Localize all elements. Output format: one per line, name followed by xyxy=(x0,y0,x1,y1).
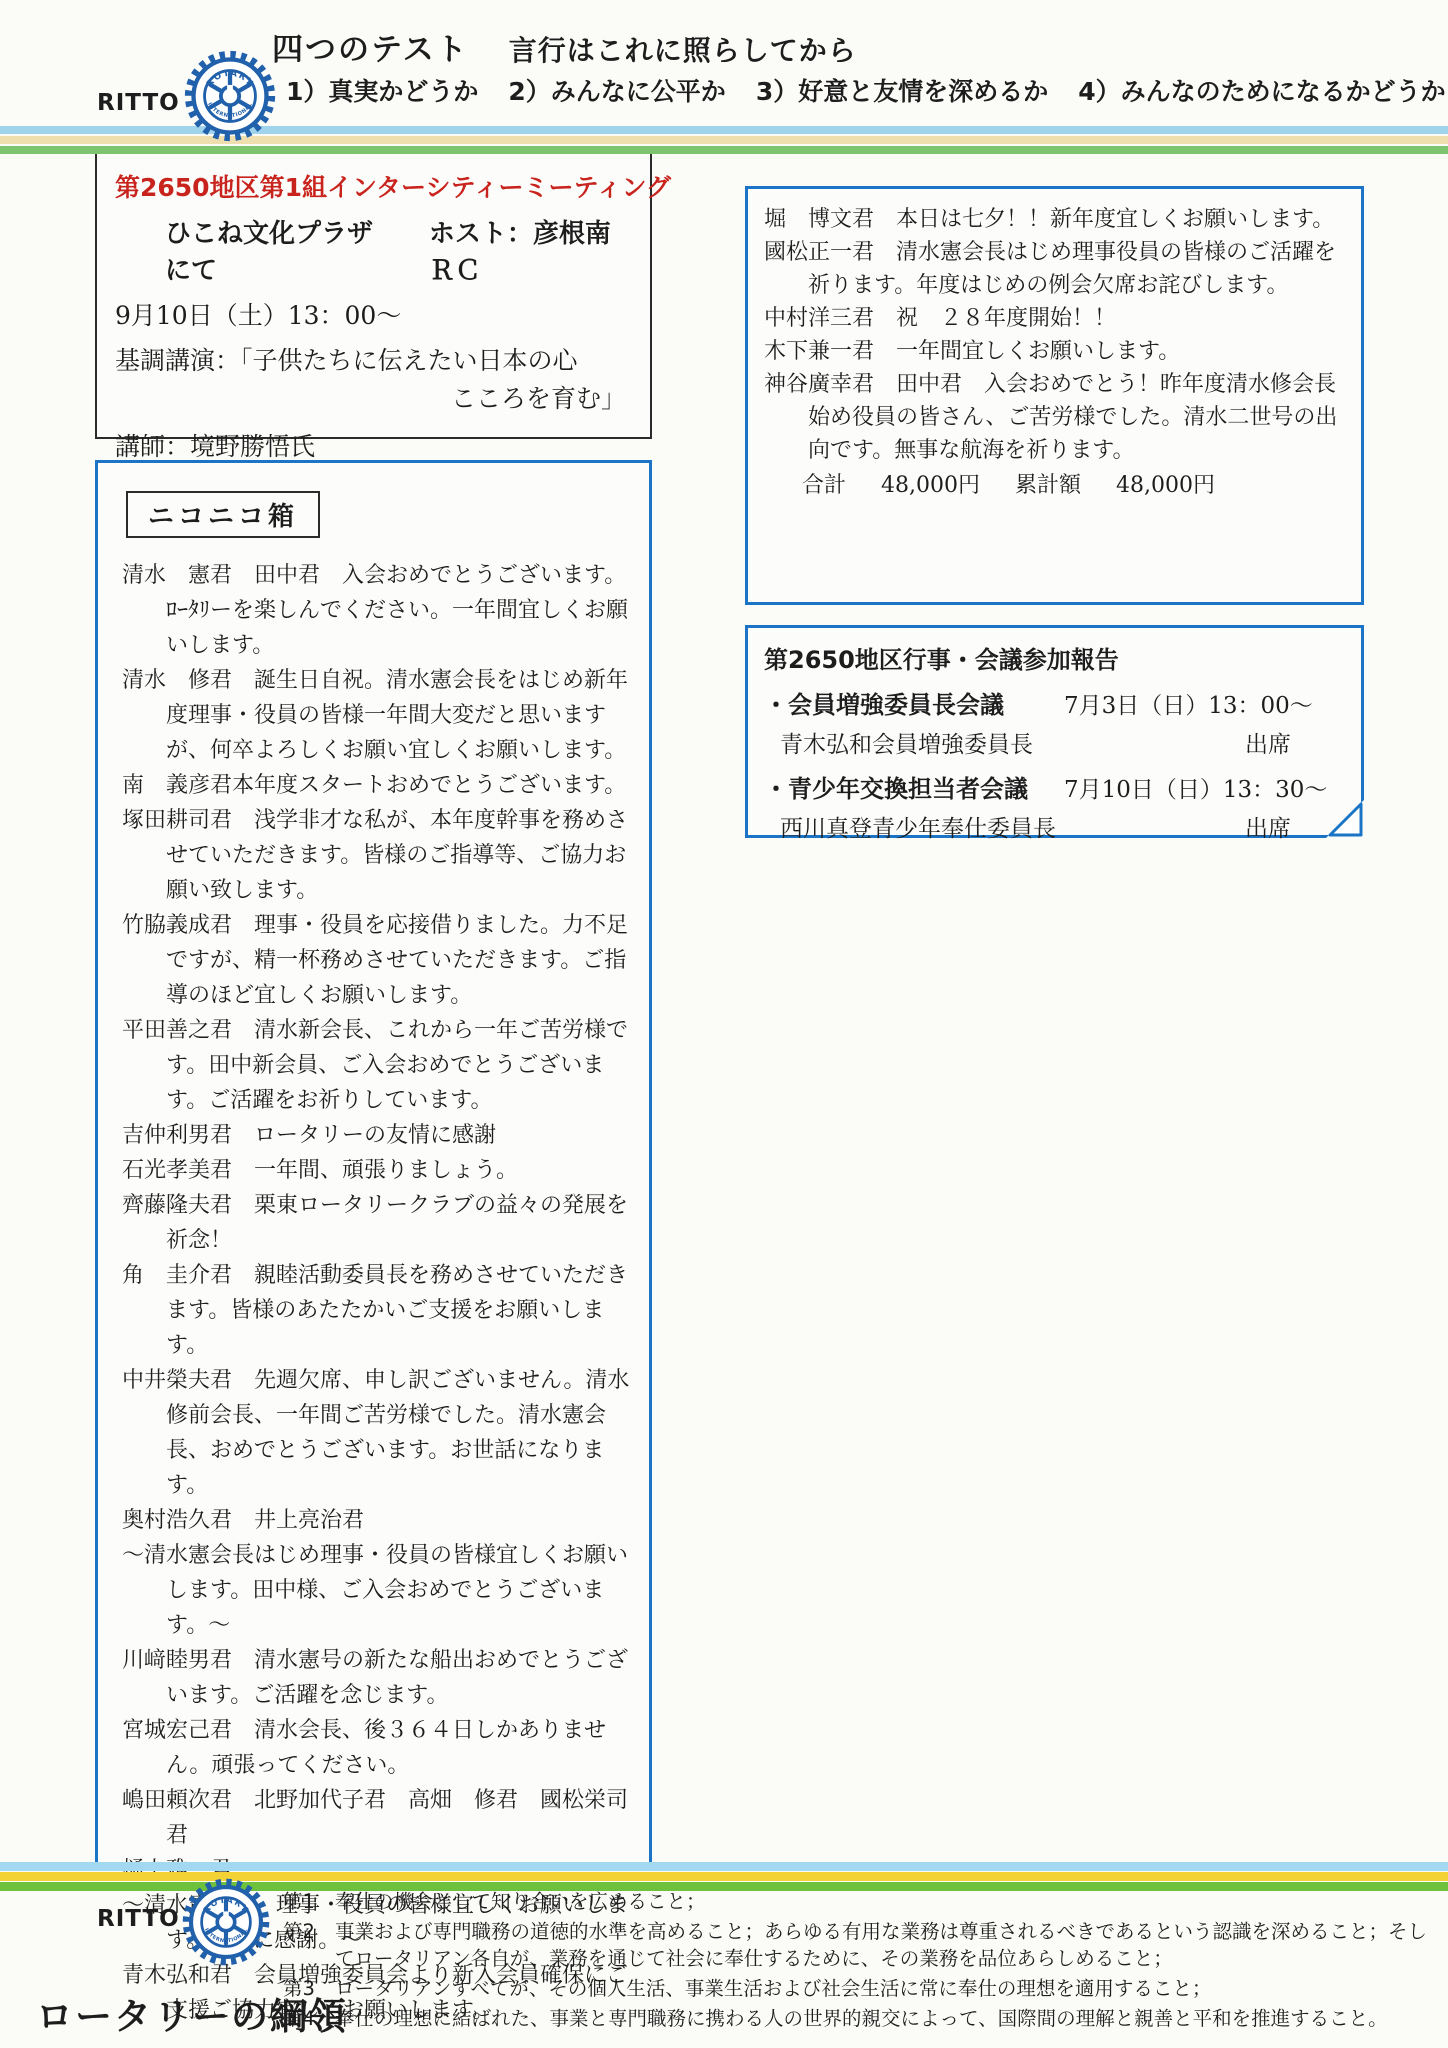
meeting-venue: ひこね文化プラザにて xyxy=(165,213,393,287)
meeting-title: 第2650地区第1組インターシティーミーティング xyxy=(115,168,634,204)
district-attendee: 西川真登青少年奉仕委員長 xyxy=(780,810,1056,843)
meeting-host: ホスト：彦根南ＲＣ xyxy=(429,213,634,287)
district-meeting-datetime: 7月10日（日）13：30～ xyxy=(1064,771,1327,804)
nikoniko-label: ニコニコ箱 xyxy=(126,491,320,538)
stripe-green xyxy=(0,146,1448,154)
rotary-wheel-logo-footer xyxy=(180,1876,272,1968)
district-meeting-datetime: 7月3日（日）13：00～ xyxy=(1064,687,1313,720)
nikoniko-entry: 塚田耕司君 浅学非才な私が、本年度幹事を務めさせていただきます。皆様のご指導等、… xyxy=(122,803,637,908)
meeting-lecture-line1: 基調講演：「子供たちに伝えたい日本の心 xyxy=(115,341,634,377)
object-item: 第1 奉仕の機会として知り合いを広めること； xyxy=(283,1888,1438,1915)
object-item-number: 第3 xyxy=(283,1975,335,2002)
four-way-test-subtitle: 言行はこれに照らしてから xyxy=(509,29,857,69)
nikoniko-entry: 平田善之君 清水新会長、これから一年ご苦労様です。田中新会員、ご入会おめでとうご… xyxy=(122,1013,637,1118)
object-item-number: 第2 xyxy=(283,1918,335,1972)
object-item: 第2 事業および専門職務の道徳的水準を高めること；あらゆる有用な業務は尊重される… xyxy=(283,1918,1438,1972)
meeting-venue-host-row: ひこね文化プラザにて ホスト：彦根南ＲＣ xyxy=(115,213,634,287)
test-item-1: 1）真実かどうか xyxy=(286,72,478,108)
donation-total-value: 48,000円 xyxy=(881,473,980,498)
object-item-text: ロータリアンすべてが、その個人生活、事業生活および社会生活に常に奉仕の理想を適用… xyxy=(335,1975,1438,2002)
rotary-wheel-logo xyxy=(182,48,278,144)
district-report-box: 第2650地区行事・会議参加報告 ・会員増強委員長会議 7月3日（日）13：00… xyxy=(745,625,1364,838)
club-brand-text-footer: RITTO xyxy=(97,1906,180,1932)
donation-entry: 神谷廣幸君 田中君 入会おめでとう！昨年度清水修会長始め役員の皆さん、ご苦労様で… xyxy=(764,368,1349,467)
nikoniko-entry: 竹脇義成君 理事・役員を応接借りました。力不足ですが、精一杯務めさせていただきま… xyxy=(122,908,637,1013)
four-way-test-items: 1）真実かどうか 2）みんなに公平か 3）好意と友情を深めるか 4）みんなのため… xyxy=(286,72,1446,108)
district-report-title: 第2650地区行事・会議参加報告 xyxy=(764,640,1345,675)
donation-entry: 堀 博文君 本日は七夕！！新年度宜しくお願いします。 xyxy=(764,203,1349,236)
donation-total-label: 合計 xyxy=(802,473,846,498)
club-brand-text: RITTO xyxy=(97,90,180,116)
donation-cumulative-value: 48,000円 xyxy=(1116,473,1215,498)
donation-entry: 木下兼一君 一年間宜しくお願いします。 xyxy=(764,335,1349,368)
district-attendance-status: 出席 xyxy=(1245,810,1291,843)
donation-entry: 國松正一君 清水憲会長はじめ理事役員の皆様のご活躍を祈ります。年度はじめの例会欠… xyxy=(764,236,1349,302)
district-meeting-name: ・会員増強委員長会議 xyxy=(764,685,1064,720)
intercity-meeting-box: 第2650地区第1組インターシティーミーティング ひこね文化プラザにて ホスト：… xyxy=(95,152,652,439)
test-item-2: 2）みんなに公平か xyxy=(508,72,725,108)
nikoniko-entry: 清水 憲君 田中君 入会おめでとうございます。ﾛｰﾀﾘーを楽しんでください。一年… xyxy=(122,558,637,663)
meeting-datetime: 9月10日（土）13：00～ xyxy=(115,296,634,332)
donation-total-row: 合計 48,000円 累計額 48,000円 xyxy=(764,469,1349,502)
object-item: 第4 奉仕の理想に結ばれた、事業と専門職務に携わる人の世界的親交によって、国際間… xyxy=(283,2005,1438,2032)
page-curl-icon xyxy=(1326,800,1364,838)
nikoniko-entry: 吉仲利男君 ロータリーの友情に感謝 xyxy=(122,1118,637,1153)
district-attendee-row: 西川真登青少年奉仕委員長 出席 xyxy=(764,810,1345,843)
nikoniko-entry: 嶋田頼次君 北野加代子君 高畑 修君 國松栄司君 xyxy=(122,1783,637,1853)
district-meeting-row: ・青少年交換担当者会議 7月10日（日）13：30～ xyxy=(764,769,1345,804)
district-attendee-row: 青木弘和会員増強委員長 出席 xyxy=(764,726,1345,759)
bulletin-page: ROTARY INTERNATIONAL RITTO 四つ xyxy=(0,0,1448,2048)
nikoniko-entry: 齊藤隆夫君 栗東ロータリークラブの益々の発展を祈念！ xyxy=(122,1188,637,1258)
test-item-4: 4）みんなのためになるかどうか xyxy=(1078,72,1445,108)
donation-entry: 中村洋三君 祝 ２８年度開始！！ xyxy=(764,302,1349,335)
nikoniko-entry: 川﨑睦男君 清水憲号の新たな船出おめでとうございます。ご活躍を念じます。 xyxy=(122,1643,637,1713)
rotary-object-items: 第1 奉仕の機会として知り合いを広めること； 第2 事業および専門職務の道徳的水… xyxy=(283,1888,1438,2035)
object-item-text: 事業および専門職務の道徳的水準を高めること；あらゆる有用な業務は尊重されるべきで… xyxy=(335,1918,1438,1972)
district-meeting-row: ・会員増強委員長会議 7月3日（日）13：00～ xyxy=(764,685,1345,720)
nikoniko-entry: 清水 修君 誕生日自祝。清水憲会長をはじめ新年度理事・役員の皆様一年間大変だと思… xyxy=(122,663,637,768)
nikoniko-entry: 角 圭介君 親睦活動委員長を務めさせていただきます。皆様のあたたかいご支援をお願… xyxy=(122,1258,637,1363)
district-meeting-name: ・青少年交換担当者会議 xyxy=(764,769,1064,804)
meeting-lecture-line2: こころを育む」 xyxy=(115,379,634,415)
nikoniko-entry: 奥村浩久君 井上亮治君 xyxy=(122,1503,637,1538)
four-way-test-title: 四つのテスト xyxy=(272,24,469,69)
object-item: 第3 ロータリアンすべてが、その個人生活、事業生活および社会生活に常に奉仕の理想… xyxy=(283,1975,1438,2002)
nikoniko-entries: 清水 憲君 田中君 入会おめでとうございます。ﾛｰﾀﾘーを楽しんでください。一年… xyxy=(122,558,637,2028)
nikoniko-box: ニコニコ箱 清水 憲君 田中君 入会おめでとうございます。ﾛｰﾀﾘーを楽しんでく… xyxy=(95,460,652,1870)
meeting-lecturer: 講師：境野勝悟氏 xyxy=(115,427,634,463)
nikoniko-entry: 宮城宏己君 清水会長、後３６４日しかありません。頑張ってください。 xyxy=(122,1713,637,1783)
donations-box: 堀 博文君 本日は七夕！！新年度宜しくお願いします。 國松正一君 清水憲会長はじ… xyxy=(745,186,1364,605)
donation-cumulative-label: 累計額 xyxy=(1015,473,1081,498)
object-item-number: 第1 xyxy=(283,1888,335,1915)
nikoniko-entry: 中井榮夫君 先週欠席、申し訳ございません。清水修前会長、一年間ご苦労様でした。清… xyxy=(122,1363,637,1503)
object-item-number: 第4 xyxy=(283,2005,335,2032)
nikoniko-entry: ～清水憲会長はじめ理事・役員の皆様宜しくお願いします。田中様、ご入会おめでとうご… xyxy=(122,1538,637,1643)
district-attendance-status: 出席 xyxy=(1245,726,1291,759)
nikoniko-entry: 南 義彦君本年度スタートおめでとうございます。 xyxy=(122,768,637,803)
nikoniko-entry: 石光孝美君 一年間、頑張りましょう。 xyxy=(122,1153,637,1188)
stripe-blue xyxy=(0,1862,1448,1871)
district-attendee: 青木弘和会員増強委員長 xyxy=(780,726,1033,759)
test-item-3: 3）好意と友情を深めるか xyxy=(756,72,1048,108)
object-item-text: 奉仕の理想に結ばれた、事業と専門職務に携わる人の世界的親交によって、国際間の理解… xyxy=(335,2005,1438,2032)
object-item-text: 奉仕の機会として知り合いを広めること； xyxy=(335,1888,1438,1915)
